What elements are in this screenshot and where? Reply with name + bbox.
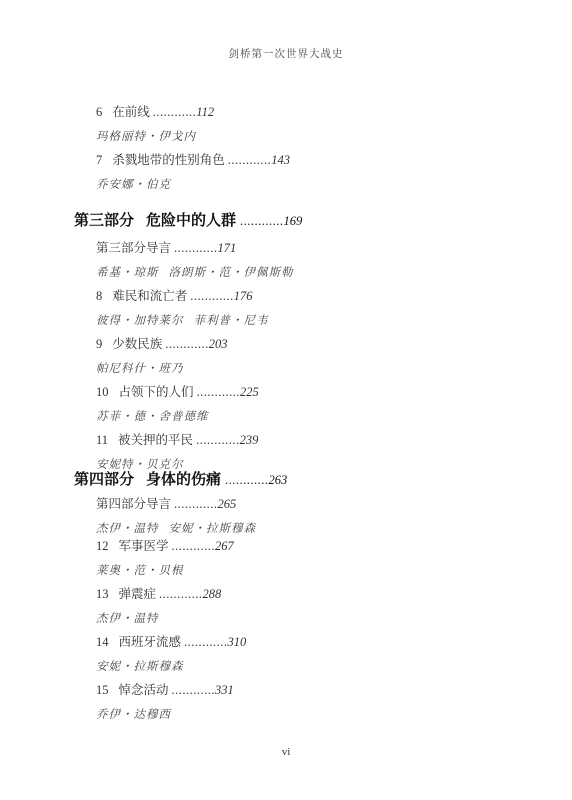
intro-title: 第三部分导言 <box>96 240 171 255</box>
intro-title: 第四部分导言 <box>96 496 171 511</box>
author-name: 苏菲・德・舍普德维 <box>96 409 209 423</box>
leader-dots: ............ <box>197 385 241 399</box>
chapter-title: 杀戮地带的性别角色 <box>112 152 225 167</box>
leader-dots: ............ <box>165 337 209 351</box>
page-number: 331 <box>215 683 234 697</box>
page-number: 263 <box>269 473 288 487</box>
toc-entry-chapter-10[interactable]: 10占领下的人们............225 <box>96 384 259 400</box>
leader-dots: ............ <box>174 241 218 255</box>
page-number: 203 <box>209 337 228 351</box>
author-name: 菲利普・尼韦 <box>194 313 269 327</box>
leader-dots: ............ <box>225 473 269 487</box>
part-label: 第三部分 <box>74 211 134 229</box>
toc-entry-chapter-8[interactable]: 8难民和流亡者............176 <box>96 288 253 304</box>
chapter-author: 莱奥・范・贝根 <box>96 562 184 578</box>
author-name: 安妮・拉斯穆森 <box>96 659 184 673</box>
author-name: 杰伊・温特 <box>96 611 159 625</box>
leader-dots: ............ <box>228 153 272 167</box>
chapter-title: 在前线 <box>112 104 150 119</box>
author-name: 安妮特・贝克尔 <box>96 457 184 471</box>
toc-entry-chapter-14[interactable]: 14西班牙流感............310 <box>96 634 246 650</box>
toc-entry-chapter-15[interactable]: 15悼念活动............331 <box>96 682 234 698</box>
page-number: 143 <box>271 153 290 167</box>
chapter-number: 12 <box>96 538 109 554</box>
chapter-number: 13 <box>96 586 109 602</box>
leader-dots: ............ <box>190 289 234 303</box>
page-folio: vi <box>0 746 572 758</box>
chapter-title: 悼念活动 <box>119 682 169 697</box>
chapter-title: 被关押的平民 <box>118 432 193 447</box>
chapter-author: 杰伊・温特 <box>96 610 159 626</box>
page-number: 169 <box>284 214 303 228</box>
author-name: 洛朗斯・范・伊佩斯勒 <box>169 265 294 279</box>
chapter-author: 安妮・拉斯穆森 <box>96 658 184 674</box>
leader-dots: ............ <box>172 683 216 697</box>
chapter-number: 6 <box>96 104 102 120</box>
intro-authors: 杰伊・温特安妮・拉斯穆森 <box>96 520 256 536</box>
running-header: 剑桥第一次世界大战史 <box>0 46 572 61</box>
page-number: 265 <box>218 497 237 511</box>
page-number: 267 <box>215 539 234 553</box>
author-name: 彼得・加特莱尔 <box>96 313 184 327</box>
leader-dots: ............ <box>172 539 216 553</box>
leader-dots: ............ <box>196 433 240 447</box>
page-number: 171 <box>218 241 237 255</box>
author-name: 杰伊・温特 <box>96 521 159 535</box>
toc-entry-chapter-12[interactable]: 12军事医学............267 <box>96 538 234 554</box>
toc-part-4-heading[interactable]: 第四部分身体的伤痛............263 <box>74 470 287 489</box>
page-number: 176 <box>234 289 253 303</box>
chapter-number: 8 <box>96 288 102 304</box>
chapter-title: 西班牙流感 <box>119 634 182 649</box>
author-name: 希基・琼斯 <box>96 265 159 279</box>
chapter-author: 帕尼科什・班乃 <box>96 360 184 376</box>
leader-dots: ............ <box>159 587 203 601</box>
chapter-title: 少数民族 <box>112 336 162 351</box>
chapter-number: 10 <box>96 384 109 400</box>
intro-authors: 希基・琼斯洛朗斯・范・伊佩斯勒 <box>96 264 294 280</box>
leader-dots: ............ <box>184 635 228 649</box>
toc-entry-chapter-6[interactable]: 6在前线............112 <box>96 104 214 120</box>
chapter-author: 乔安娜・伯克 <box>96 176 171 192</box>
toc-entry-chapter-11[interactable]: 11被关押的平民............239 <box>96 432 258 448</box>
chapter-title: 军事医学 <box>119 538 169 553</box>
chapter-number: 11 <box>96 432 108 448</box>
chapter-title: 难民和流亡者 <box>112 288 187 303</box>
leader-dots: ............ <box>153 105 197 119</box>
author-name: 玛格丽特・伊戈内 <box>96 129 196 143</box>
author-name: 安妮・拉斯穆森 <box>169 521 257 535</box>
page-number: 288 <box>203 587 222 601</box>
toc-entry-chapter-9[interactable]: 9少数民族............203 <box>96 336 228 352</box>
page-number: 310 <box>228 635 247 649</box>
chapter-author: 乔伊・达穆西 <box>96 706 171 722</box>
author-name: 乔安娜・伯克 <box>96 177 171 191</box>
chapter-author: 玛格丽特・伊戈内 <box>96 128 196 144</box>
toc-part-3-heading[interactable]: 第三部分危险中的人群............169 <box>74 211 302 230</box>
page-number: 225 <box>240 385 259 399</box>
chapter-number: 15 <box>96 682 109 698</box>
toc-entry-chapter-13[interactable]: 13弹震症............288 <box>96 586 221 602</box>
page-number: 239 <box>240 433 259 447</box>
chapter-title: 占领下的人们 <box>119 384 194 399</box>
chapter-author: 苏菲・德・舍普德维 <box>96 408 209 424</box>
part-label: 第四部分 <box>74 470 134 488</box>
chapter-number: 9 <box>96 336 102 352</box>
page-number: 112 <box>196 105 214 119</box>
toc-entry-part-4-intro[interactable]: 第四部分导言............265 <box>96 496 236 512</box>
author-name: 帕尼科什・班乃 <box>96 361 184 375</box>
chapter-author: 彼得・加特莱尔菲利普・尼韦 <box>96 312 269 328</box>
part-title: 危险中的人群 <box>146 211 236 229</box>
chapter-number: 14 <box>96 634 109 650</box>
leader-dots: ............ <box>240 214 284 228</box>
leader-dots: ............ <box>174 497 218 511</box>
part-title: 身体的伤痛 <box>146 470 221 488</box>
toc-entry-chapter-7[interactable]: 7杀戮地带的性别角色............143 <box>96 152 290 168</box>
chapter-title: 弹震症 <box>119 586 157 601</box>
author-name: 莱奥・范・贝根 <box>96 563 184 577</box>
author-name: 乔伊・达穆西 <box>96 707 171 721</box>
toc-entry-part-3-intro[interactable]: 第三部分导言............171 <box>96 240 236 256</box>
chapter-number: 7 <box>96 152 102 168</box>
